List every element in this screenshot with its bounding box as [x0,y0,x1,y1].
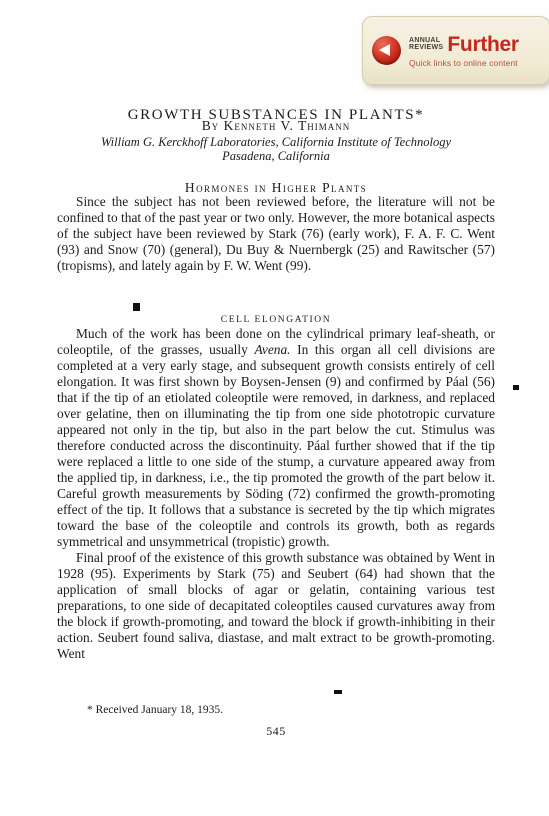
back-arrow-circle-icon [372,36,401,65]
left-triangle-icon [379,44,390,56]
affiliation-city: Pasadena, California [57,149,495,164]
brand-line-1: ANNUAL [409,37,440,44]
annual-reviews-logotype: ANNUAL REVIEWS [409,37,443,52]
further-label: Further [447,34,518,55]
affiliation-line: William G. Kerckhoff Laboratories, Calif… [57,135,495,150]
badge-text: ANNUAL REVIEWS Further Quick links to on… [409,34,519,68]
ink-artifact [334,690,342,694]
intro-paragraph-block: Since the subject has not been reviewed … [57,194,495,274]
paragraph: Since the subject has not been reviewed … [57,194,495,274]
brand-line-2: REVIEWS [409,44,443,51]
received-footnote: * Received January 18, 1935. [87,704,223,716]
paragraph: Much of the work has been done on the cy… [57,326,495,550]
document-page: ANNUAL REVIEWS Further Quick links to on… [0,0,549,816]
paragraph: Final proof of the existence of this gro… [57,550,495,662]
ink-artifact [513,385,519,390]
page-number: 545 [57,724,495,739]
annual-reviews-further-badge[interactable]: ANNUAL REVIEWS Further Quick links to on… [362,16,549,85]
subsection-heading: CELL ELONGATION [57,315,495,325]
badge-subtitle: Quick links to online content [409,58,519,68]
body-paragraph-block: Much of the work has been done on the cy… [57,326,495,662]
author-byline: By Kenneth V. Thimann [57,118,495,134]
ink-artifact [133,303,140,311]
